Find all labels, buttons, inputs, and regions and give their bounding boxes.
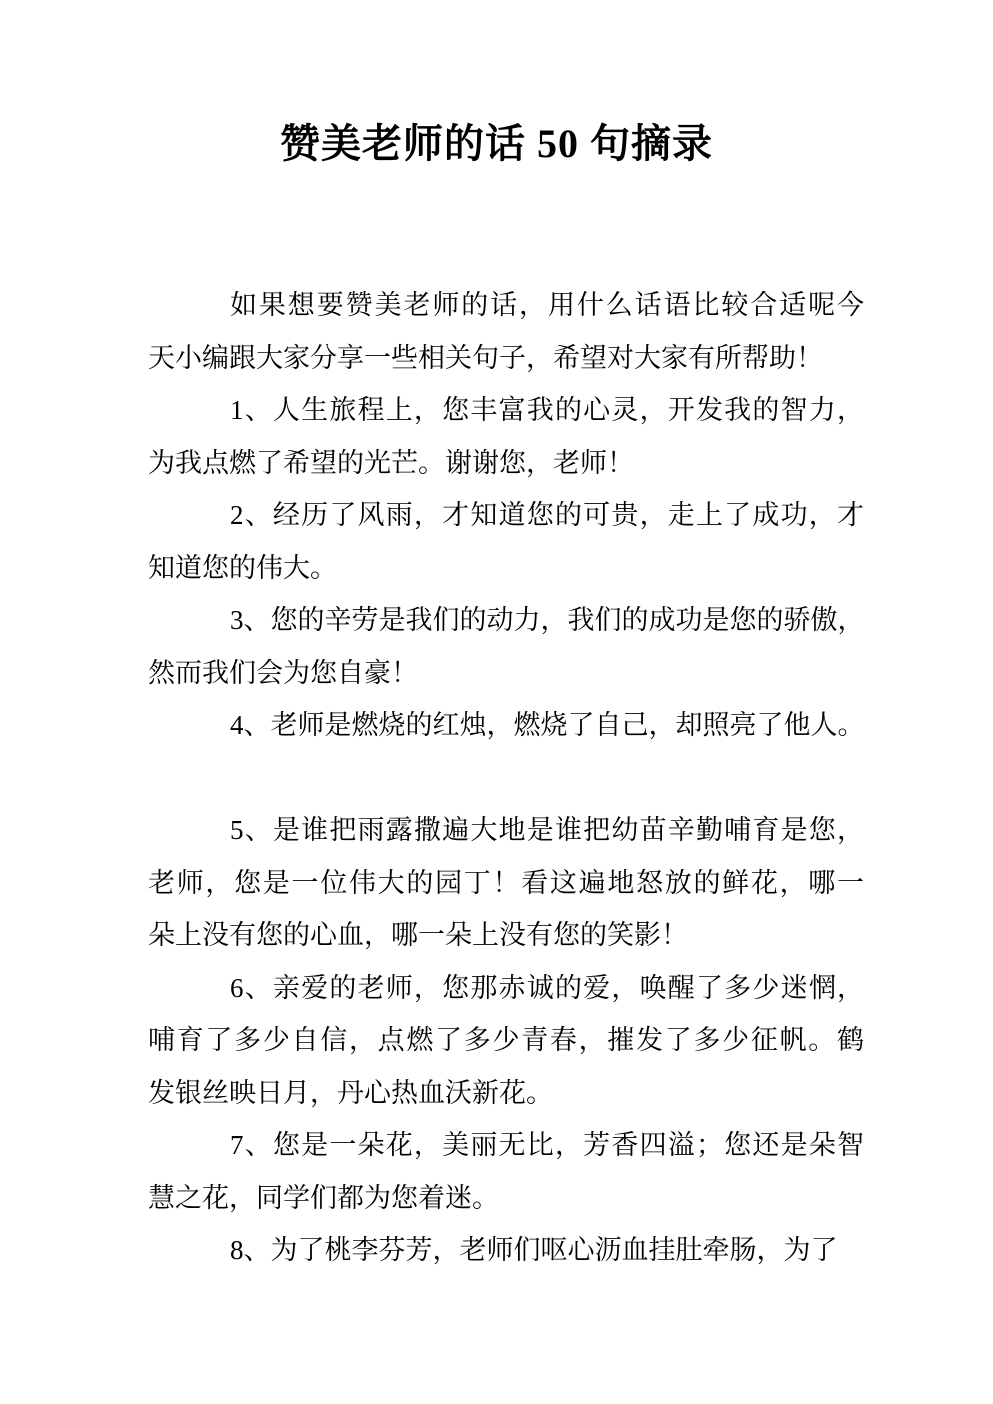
document-body: 如果想要赞美老师的话，用什么话语比较合适呢今 天小编跟大家分享一些相关句子，希望… [148, 279, 864, 1277]
text-line: 为我点燃了希望的光芒。谢谢您，老师！ [148, 437, 864, 490]
text-line: 发银丝映日月，丹心热血沃新花。 [148, 1067, 864, 1120]
paragraph-item-8: 8、为了桃李芬芳，老师们呕心沥血挂肚牵肠，为了 [148, 1224, 864, 1277]
text-line: 2、经历了风雨，才知道您的可贵，走上了成功，才 [148, 489, 864, 542]
text-line: 1、人生旅程上，您丰富我的心灵，开发我的智力， [148, 384, 864, 437]
text-line: 7、您是一朵花，美丽无比，芳香四溢；您还是朵智 [148, 1119, 864, 1172]
text-line: 朵上没有您的心血，哪一朵上没有您的笑影！ [148, 909, 864, 962]
paragraph-item-5: 5、是谁把雨露撒遍大地是谁把幼苗辛勤哺育是您， 老师，您是一位伟大的园丁！看这遍… [148, 804, 864, 962]
text-line: 8、为了桃李芬芳，老师们呕心沥血挂肚牵肠，为了 [148, 1224, 864, 1277]
paragraph-item-3: 3、您的辛劳是我们的动力，我们的成功是您的骄傲， 然而我们会为您自豪！ [148, 594, 864, 699]
document-page: 赞美老师的话 50 句摘录 如果想要赞美老师的话，用什么话语比较合适呢今 天小编… [0, 0, 993, 1404]
text-line: 4、老师是燃烧的红烛，燃烧了自己，却照亮了他人。 [148, 699, 864, 752]
paragraph-item-7: 7、您是一朵花，美丽无比，芳香四溢；您还是朵智 慧之花，同学们都为您着迷。 [148, 1119, 864, 1224]
text-line: 老师，您是一位伟大的园丁！看这遍地怒放的鲜花，哪一 [148, 857, 864, 910]
blank-line [148, 752, 864, 805]
text-line: 6、亲爱的老师，您那赤诚的爱，唤醒了多少迷惘， [148, 962, 864, 1015]
text-line: 慧之花，同学们都为您着迷。 [148, 1172, 864, 1225]
paragraph-intro: 如果想要赞美老师的话，用什么话语比较合适呢今 天小编跟大家分享一些相关句子，希望… [148, 279, 864, 384]
paragraph-item-4: 4、老师是燃烧的红烛，燃烧了自己，却照亮了他人。 [148, 699, 864, 752]
text-line: 知道您的伟大。 [148, 542, 864, 595]
text-line: 3、您的辛劳是我们的动力，我们的成功是您的骄傲， [148, 594, 864, 647]
document-title: 赞美老师的话 50 句摘录 [0, 120, 993, 168]
text-line: 5、是谁把雨露撒遍大地是谁把幼苗辛勤哺育是您， [148, 804, 864, 857]
paragraph-item-2: 2、经历了风雨，才知道您的可贵，走上了成功，才 知道您的伟大。 [148, 489, 864, 594]
text-line: 哺育了多少自信，点燃了多少青春，摧发了多少征帆。鹤 [148, 1014, 864, 1067]
text-line: 如果想要赞美老师的话，用什么话语比较合适呢今 [148, 279, 864, 332]
paragraph-item-6: 6、亲爱的老师，您那赤诚的爱，唤醒了多少迷惘， 哺育了多少自信，点燃了多少青春，… [148, 962, 864, 1120]
text-line: 天小编跟大家分享一些相关句子，希望对大家有所帮助！ [148, 332, 864, 385]
paragraph-blank [148, 752, 864, 805]
paragraph-item-1: 1、人生旅程上，您丰富我的心灵，开发我的智力， 为我点燃了希望的光芒。谢谢您，老… [148, 384, 864, 489]
text-line: 然而我们会为您自豪！ [148, 647, 864, 700]
